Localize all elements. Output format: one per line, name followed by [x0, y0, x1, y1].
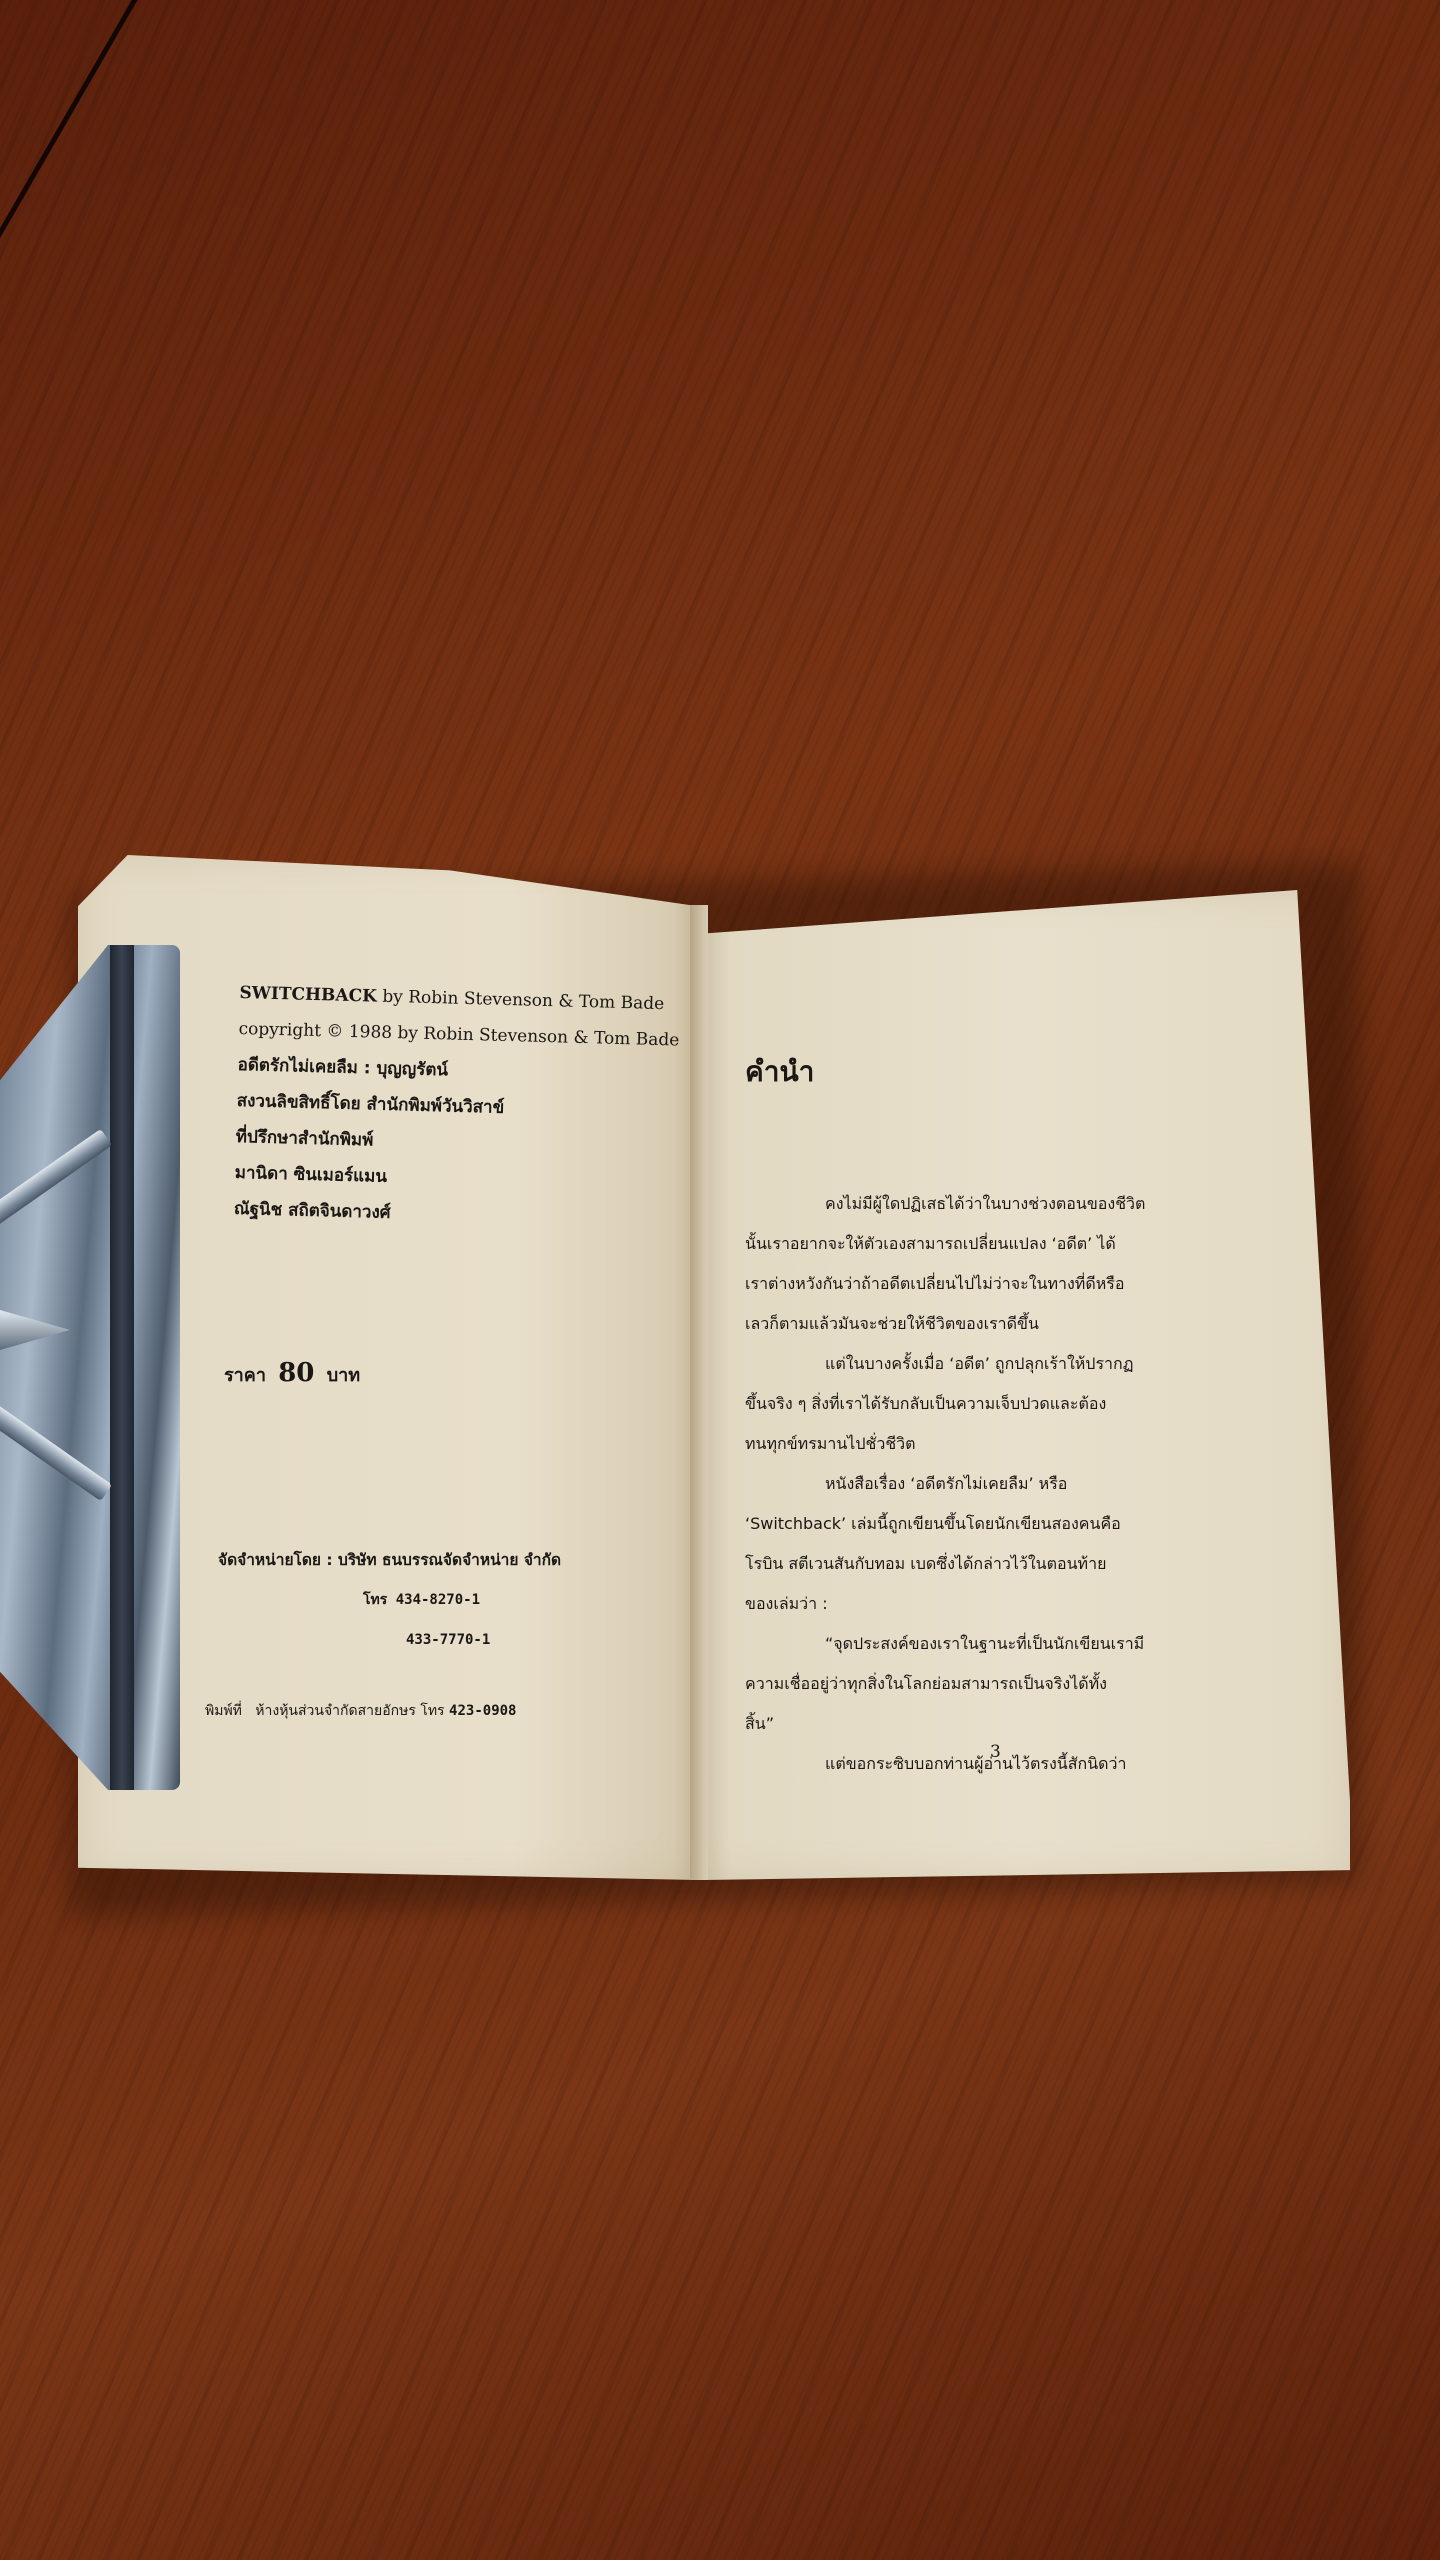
phone-label: โทร — [363, 1592, 387, 1608]
price-currency: บาท — [327, 1365, 360, 1386]
authors: by Robin Stevenson & Tom Bade — [377, 987, 665, 1015]
preface-line: นั้นเราอยากจะให้ตัวเองสามารถเปลี่ยนแปลง … — [745, 1224, 1285, 1264]
distributor-phone-1: โทร 434-8270-1 — [218, 1580, 678, 1620]
preface-line: หนังสือเรื่อง ‘อดีตรักไม่เคยลืม’ หรือ — [745, 1464, 1285, 1504]
preface-line: ขึ้นจริง ๆ สิ่งที่เราได้รับกลับเป็นความเ… — [745, 1384, 1285, 1424]
printer-phone-label: โทร — [420, 1703, 444, 1719]
distributor-info: จัดจำหน่ายโดย : บริษัท ธนบรรณจัดจำหน่าย … — [218, 1540, 678, 1660]
price-prefix: ราคา — [224, 1365, 266, 1386]
preface-line: เราต่างหวังกันว่าถ้าอดีตเปลี่ยนไปไม่ว่าจ… — [745, 1264, 1285, 1304]
price-label: ราคา 80 บาท — [224, 1358, 360, 1389]
preface-line: ‘Switchback’ เล่มนี้ถูกเขียนขึ้นโดยนักเข… — [745, 1504, 1285, 1544]
preface-line: โรบิน สตีเวนสันกับทอม เบดซึ่งได้กล่าวไว้… — [745, 1544, 1285, 1584]
preface-line: สิ้น” — [745, 1704, 1285, 1744]
price-amount: 80 — [278, 1358, 314, 1388]
distributor-phone-2: 433-7770-1 — [218, 1620, 678, 1660]
preface-body: คงไม่มีผู้ใดปฏิเสธได้ว่าในบางช่วงตอนของช… — [745, 1184, 1285, 1784]
preface-line: แต่ในบางครั้งเมื่อ ‘อดีต’ ถูกปลุกเร้าให้… — [745, 1344, 1285, 1384]
preface-line: แต่ขอกระซิบบอกท่านผู้อ่านไว้ตรงนี้สักนิด… — [745, 1744, 1285, 1784]
copyright-credits: SWITCHBACK by Robin Stevenson & Tom Bade… — [233, 975, 679, 1238]
metal-book-clip — [0, 945, 180, 1790]
preface-line: ทนทุกข์ทรมานไปชั่วชีวิต — [745, 1424, 1285, 1464]
preface-line: คงไม่มีผู้ใดปฏิเสธได้ว่าในบางช่วงตอนของช… — [745, 1184, 1285, 1224]
preface-line: ความเชื่ออยู่ว่าทุกสิ่งในโลกย่อมสามารถเป… — [745, 1664, 1285, 1704]
preface: คำนำ คงไม่มีผู้ใดปฏิเสธได้ว่าในบางช่วงตอ… — [745, 1050, 1285, 1784]
printer-name: ห้างหุ้นส่วนจำกัดสายอักษร — [255, 1703, 416, 1719]
preface-heading: คำนำ — [745, 1050, 1285, 1094]
preface-line: “จุดประสงค์ของเราในฐานะที่เป็นนักเขียนเร… — [745, 1624, 1285, 1664]
printer-phone: 423-0908 — [449, 1703, 516, 1719]
page-number: 3 — [990, 1742, 1001, 1762]
preface-line: เลวก็ตามแล้วมันจะช่วยให้ชีวิตของเราดีขึ้… — [745, 1304, 1285, 1344]
printer-label: พิมพ์ที่ — [205, 1703, 242, 1719]
copyright-notice: copyright © 1988 by Robin Stevenson & To… — [238, 1019, 679, 1051]
printer-info: พิมพ์ที่ ห้างหุ้นส่วนจำกัดสายอักษร โทร 4… — [205, 1700, 516, 1722]
book-gutter — [690, 905, 708, 1880]
book-title-en: SWITCHBACK — [239, 983, 377, 1007]
distributor-line: จัดจำหน่ายโดย : บริษัท ธนบรรณจัดจำหน่าย … — [218, 1540, 678, 1580]
clip-spine-bar — [110, 945, 134, 1790]
phone-number: 434-8270-1 — [396, 1592, 480, 1608]
preface-line: ของเล่มว่า : — [745, 1584, 1285, 1624]
